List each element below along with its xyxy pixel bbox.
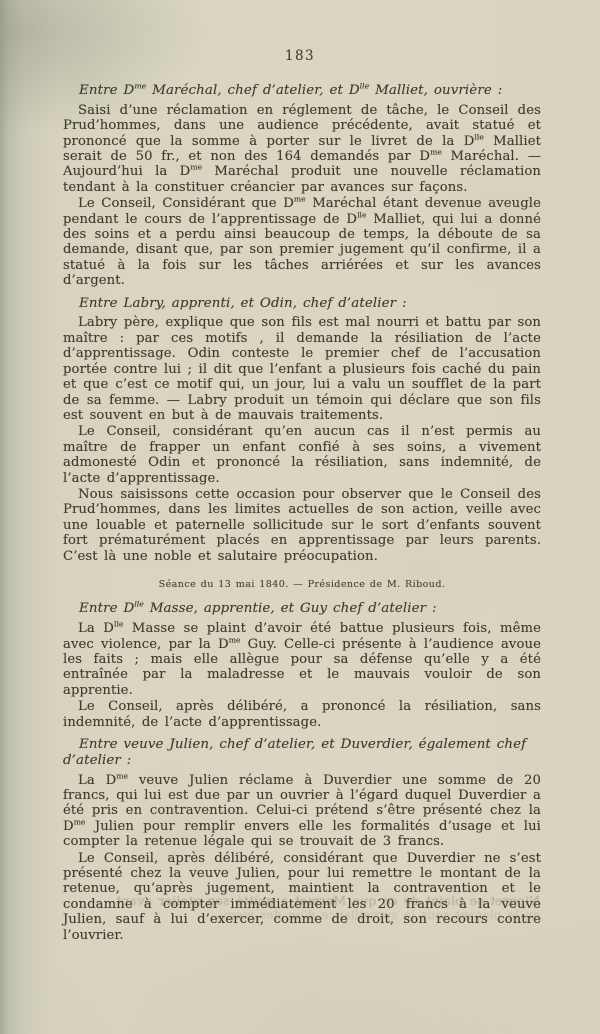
case-heading-masse-guy: Entre Dlle Masse, apprentie, et Guy chef… — [63, 601, 541, 617]
session-note: Séance du 13 mai 1840. — Présidence de M… — [63, 577, 541, 592]
paragraph: Le Conseil, Considérant que Dme Maréchal… — [63, 196, 541, 288]
paragraph: Labry père, explique que son fils est ma… — [63, 315, 541, 423]
paragraph: Le Conseil, après délibéré, a prononcé l… — [63, 699, 541, 730]
paragraph: Le Conseil, après délibéré, considérant … — [63, 851, 541, 943]
case-heading-julien-duverdier: Entre veuve Julien, chef d’atelier, et D… — [63, 737, 541, 769]
page-number: 183 — [0, 48, 600, 64]
paragraph: Saisi d’une réclamation en réglement de … — [63, 103, 541, 195]
paragraph: La Dme veuve Julien réclame à Duverdier … — [63, 773, 541, 850]
case-heading-marechal-malliet: Entre Dme Maréchal, chef d’atelier, et D… — [63, 83, 541, 99]
paragraph: La Dlle Masse se plaint d’avoir été batt… — [63, 621, 541, 698]
text-block: Entre Dme Maréchal, chef d’atelier, et D… — [63, 76, 541, 944]
paragraph: Le Conseil, considérant qu’en aucun cas … — [63, 424, 541, 486]
paragraph: Nous saisissons cette occasion pour obse… — [63, 487, 541, 564]
book-page-scan: 183 Entre Dme Maréchal, chef d’atelier, … — [0, 0, 600, 1034]
case-heading-labry-odin: Entre Labry, apprenti, et Odin, chef d’a… — [63, 296, 541, 312]
